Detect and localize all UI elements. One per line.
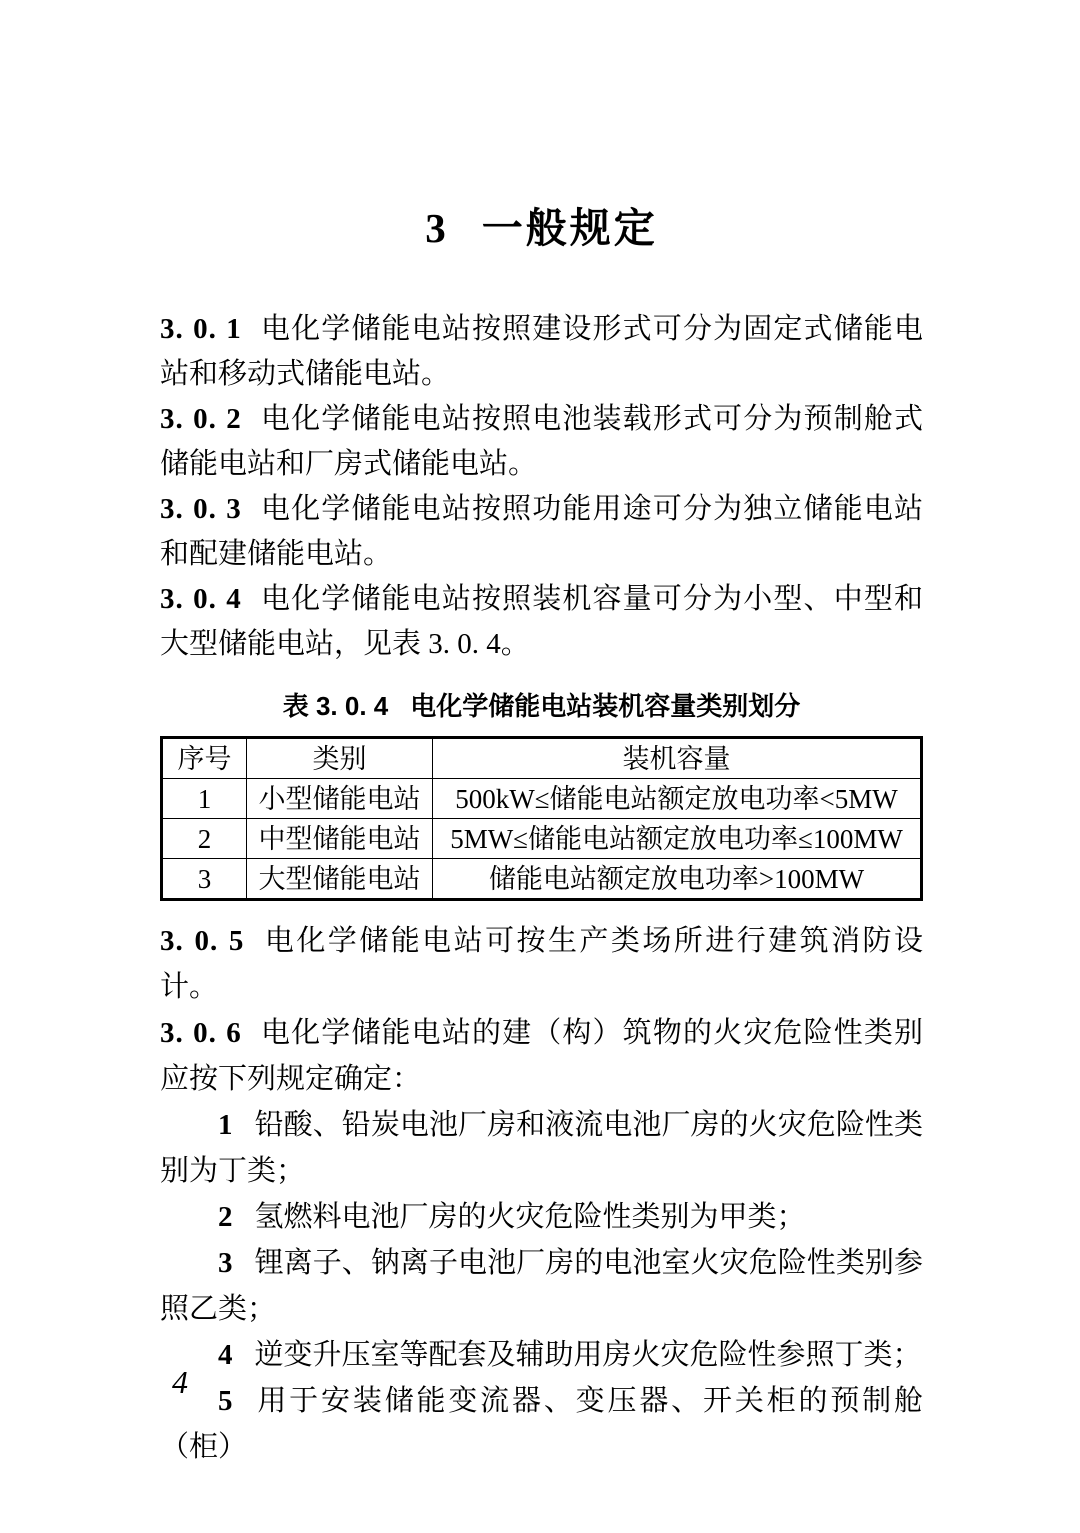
cell-index: 1 (162, 779, 247, 819)
list-item-3: 3锂离子、钠离子电池厂房的电池室火灾危险性类别参照乙类； (160, 1240, 923, 1332)
item-text: 用于安装储能变流器、变压器、开关柜的预制舱（柜） (160, 1385, 923, 1463)
header-cell-capacity: 装机容量 (433, 738, 922, 779)
cell-index: 2 (162, 819, 247, 859)
table-row: 3 大型储能电站 储能电站额定放电功率>100MW (162, 859, 922, 900)
cell-category: 中型储能电站 (247, 819, 433, 859)
table-caption-title: 电化学储能电站装机容量类别划分 (410, 691, 800, 721)
list-item-5: 5用于安装储能变流器、变压器、开关柜的预制舱（柜） (160, 1378, 923, 1470)
list-item-2: 2氢燃料电池厂房的火灾危险性类别为甲类； (160, 1194, 923, 1240)
item-text: 逆变升压室等配套及辅助用房火灾危险性参照丁类； (255, 1339, 922, 1371)
cell-index: 3 (162, 859, 247, 900)
table-caption: 表 3. 0. 4电化学储能电站装机容量类别划分 (160, 690, 923, 722)
clause-number: 3. 0. 2 (160, 403, 260, 435)
table-caption-label: 表 3. 0. 4 (283, 691, 389, 721)
item-text: 氢燃料电池厂房的火灾危险性类别为甲类； (255, 1201, 806, 1233)
cell-capacity: 储能电站额定放电功率>100MW (433, 859, 922, 900)
table-header-row: 序号 类别 装机容量 (162, 738, 922, 779)
cell-category: 大型储能电站 (247, 859, 433, 900)
clause-text: 电化学储能电站按照功能用途可分为独立储能电站和配建储能电站。 (160, 493, 923, 570)
table-row: 2 中型储能电站 5MW≤储能电站额定放电功率≤100MW (162, 819, 922, 859)
list-item-4: 4逆变升压室等配套及辅助用房火灾危险性参照丁类； (160, 1332, 923, 1378)
clause-number: 3. 0. 3 (160, 493, 260, 525)
clause-number: 3. 0. 1 (160, 313, 260, 345)
clause-3-0-1: 3. 0. 1电化学储能电站按照建设形式可分为固定式储能电站和移动式储能电站。 (160, 307, 923, 397)
item-number: 3 (218, 1247, 255, 1279)
chapter-name: 一般规定 (482, 205, 658, 251)
document-page: 3一般规定 3. 0. 1电化学储能电站按照建设形式可分为固定式储能电站和移动式… (0, 0, 1080, 1533)
clause-number: 3. 0. 5 (160, 925, 262, 957)
header-cell-category: 类别 (247, 738, 433, 779)
item-number: 1 (218, 1109, 255, 1141)
clause-text: 电化学储能电站按照装机容量可分为小型、中型和大型储能电站，见表 3. 0. 4。 (160, 583, 923, 660)
clause-3-0-2: 3. 0. 2电化学储能电站按照电池装载形式可分为预制舱式储能电站和厂房式储能电… (160, 397, 923, 487)
clauses-top-block: 3. 0. 1电化学储能电站按照建设形式可分为固定式储能电站和移动式储能电站。 … (160, 307, 923, 667)
item-text: 锂离子、钠离子电池厂房的电池室火灾危险性类别参照乙类； (160, 1247, 923, 1325)
item-number: 4 (218, 1339, 255, 1371)
clause-3-0-6: 3. 0. 6电化学储能电站的建（构）筑物的火灾危险性类别应按下列规定确定： (160, 1010, 923, 1102)
list-item-1: 1铅酸、铅炭电池厂房和液流电池厂房的火灾危险性类别为丁类； (160, 1102, 923, 1194)
chapter-title: 3一般规定 (160, 0, 923, 253)
cell-category: 小型储能电站 (247, 779, 433, 819)
clause-text: 电化学储能电站按照电池装载形式可分为预制舱式储能电站和厂房式储能电站。 (160, 403, 923, 480)
clause-3-0-3: 3. 0. 3电化学储能电站按照功能用途可分为独立储能电站和配建储能电站。 (160, 487, 923, 577)
clause-text: 电化学储能电站的建（构）筑物的火灾危险性类别应按下列规定确定： (160, 1017, 923, 1095)
clause-3-0-4: 3. 0. 4电化学储能电站按照装机容量可分为小型、中型和大型储能电站，见表 3… (160, 577, 923, 667)
table-row: 1 小型储能电站 500kW≤储能电站额定放电功率<5MW (162, 779, 922, 819)
header-cell-index: 序号 (162, 738, 247, 779)
capacity-classification-table: 序号 类别 装机容量 1 小型储能电站 500kW≤储能电站额定放电功率<5MW… (160, 736, 923, 901)
clause-text: 电化学储能电站按照建设形式可分为固定式储能电站和移动式储能电站。 (160, 313, 923, 390)
clause-number: 3. 0. 4 (160, 583, 260, 615)
clause-3-0-5: 3. 0. 5电化学储能电站可按生产类场所进行建筑消防设计。 (160, 918, 923, 1010)
item-text: 铅酸、铅炭电池厂房和液流电池厂房的火灾危险性类别为丁类； (160, 1109, 923, 1187)
page-content: 3一般规定 3. 0. 1电化学储能电站按照建设形式可分为固定式储能电站和移动式… (160, 0, 923, 1470)
clauses-bottom-block: 3. 0. 5电化学储能电站可按生产类场所进行建筑消防设计。 3. 0. 6电化… (160, 918, 923, 1470)
page-number: 4 (172, 1363, 188, 1401)
cell-capacity: 5MW≤储能电站额定放电功率≤100MW (433, 819, 922, 859)
item-number: 5 (218, 1385, 255, 1417)
cell-capacity: 500kW≤储能电站额定放电功率<5MW (433, 779, 922, 819)
clause-number: 3. 0. 6 (160, 1017, 260, 1049)
item-number: 2 (218, 1201, 255, 1233)
chapter-number: 3 (425, 205, 446, 251)
clause-text: 电化学储能电站可按生产类场所进行建筑消防设计。 (160, 925, 923, 1003)
